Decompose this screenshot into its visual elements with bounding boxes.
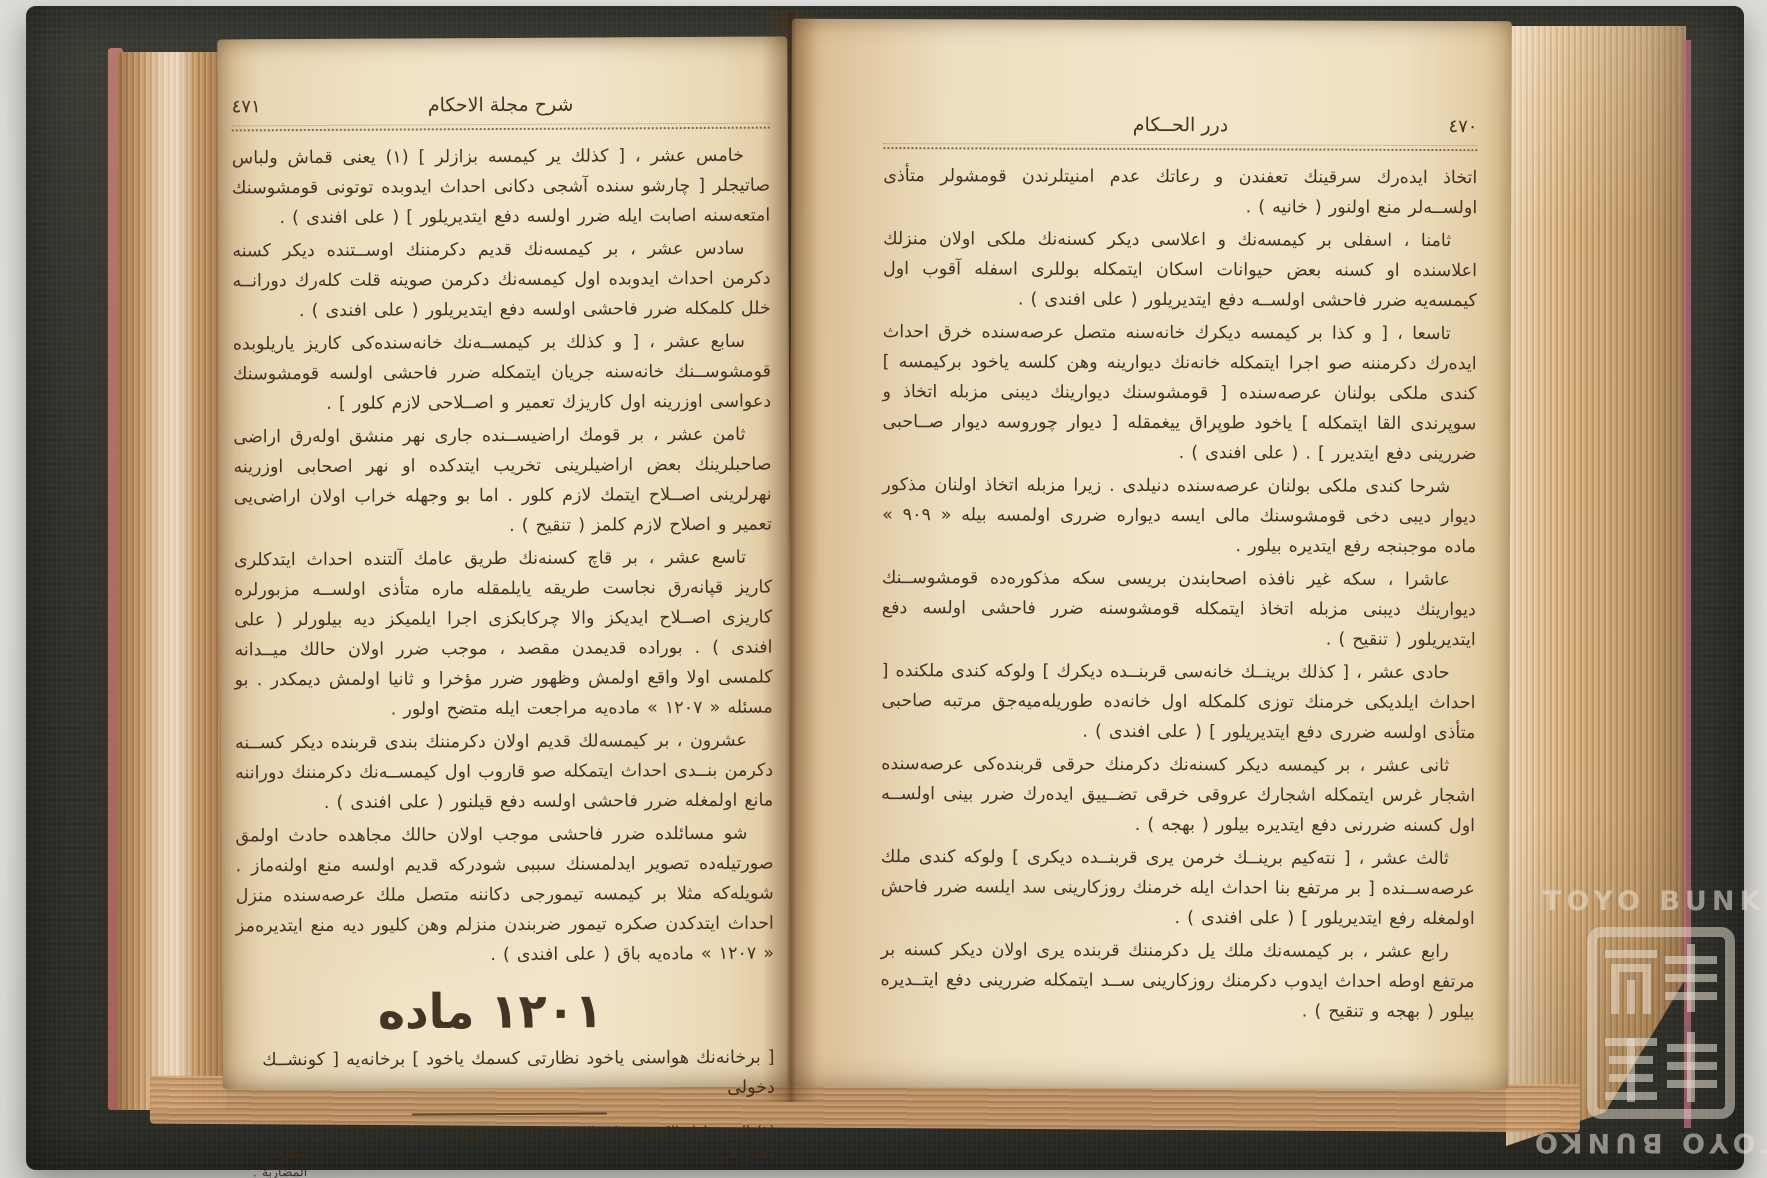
article-first-line: [ برخانه‌نك هواسنى ياخود نظارتى كسمك ياخ… bbox=[237, 1043, 775, 1106]
header-rule bbox=[232, 123, 770, 132]
page-edges-left bbox=[118, 52, 226, 1110]
left-page-header: شرح مجلة الاحكام ٤٧١ bbox=[232, 91, 770, 121]
body-paragraph: سابع عشر ، [ و كذلك بر كيمســه‌نك خانه‌س… bbox=[233, 327, 771, 420]
right-page-number: ٤٧٠ bbox=[1279, 113, 1477, 140]
body-paragraph: تاسع عشر ، بر قاچ كسنه‌نك طريق عامك آلتن… bbox=[234, 543, 773, 726]
footnote-text: (١) الزعند اهل الكوفة ثيــاب الكــتان او… bbox=[311, 1124, 775, 1162]
right-page-header: ٤٧٠ درر الحــكام bbox=[883, 111, 1477, 140]
left-page-content: شرح مجلة الاحكام ٤٧١ خامس عشر ، [ كذلك ي… bbox=[217, 37, 792, 1090]
body-paragraph: رابع عشر ، بر كيمسه‌نك ملك يل دكرمننك قر… bbox=[880, 935, 1474, 1027]
header-rule bbox=[883, 143, 1477, 151]
footnote: (١) الزعند اهل الكوفة ثيــاب الكــتان او… bbox=[237, 1121, 775, 1170]
footnote-margin-note: متفرقة المضاربة . bbox=[237, 1143, 307, 1178]
endpaper-edge-right bbox=[1684, 40, 1691, 1128]
body-paragraph: خامس عشر ، [ كذلك ير كيمسه بزازلر ] (١) … bbox=[232, 141, 770, 234]
left-page-number: ٤٧١ bbox=[232, 93, 411, 120]
body-paragraph: ثامن عشر ، بر قومك اراضيســنده جارى نهر … bbox=[233, 420, 772, 543]
body-paragraph: سادس عشر ، بر كيمسه‌نك قديم دكرمننك اوسـ… bbox=[232, 234, 770, 327]
body-paragraph: حادى عشر ، [ كذلك برينــك خانه‌سى قربنــ… bbox=[881, 656, 1475, 748]
body-paragraph: ثامنا ، اسفلى بر كيمسه‌نك و اعلاسى ديكر … bbox=[883, 224, 1477, 316]
left-page: شرح مجلة الاحكام ٤٧١ خامس عشر ، [ كذلك ي… bbox=[217, 37, 792, 1090]
header-spacer bbox=[883, 130, 1081, 131]
body-paragraph: عشرون ، بر كيمسه‌لك قديم اولان دكرمننك ب… bbox=[235, 726, 773, 819]
body-paragraph: تاسعا ، [ و كذا بر كيمسه ديكرك خانه‌سنه … bbox=[882, 317, 1477, 469]
body-paragraph: ثانى عشر ، بر كيمسه ديكر كسنه‌نك دكرمنك … bbox=[881, 749, 1475, 841]
body-paragraph: ثالث عشر ، [ نته‌كيم برينــك خرمن يرى قر… bbox=[881, 842, 1475, 934]
page-edges-right bbox=[1506, 26, 1686, 1146]
header-spacer bbox=[590, 110, 769, 111]
article-1201-heading: ١٢٠١ ماده bbox=[236, 982, 744, 1041]
body-paragraph: شرحا كندى ملكى بولنان عرصه‌سنده دنيلدى .… bbox=[882, 470, 1476, 562]
body-paragraph: عاشرا ، سكه غير نافذه اصحابندن بريسى سكه… bbox=[882, 563, 1476, 655]
right-running-title: درر الحــكام bbox=[1081, 112, 1279, 139]
right-page: ٤٧٠ درر الحــكام اتخاذ ايده‌رك سرقينك تع… bbox=[788, 19, 1512, 1090]
body-paragraph: اتخاذ ايده‌رك سرقينك تعفندن و رعاتك عدم … bbox=[883, 161, 1477, 223]
photo-of-open-book: شرح مجلة الاحكام ٤٧١ خامس عشر ، [ كذلك ي… bbox=[0, 0, 1767, 1178]
right-page-content: ٤٧٠ درر الحــكام اتخاذ ايده‌رك سرقينك تع… bbox=[788, 19, 1512, 1090]
left-running-title: شرح مجلة الاحكام bbox=[411, 92, 590, 119]
body-paragraph: شو مسائلده ضرر فاحشى موجب اولان حالك مجا… bbox=[235, 819, 774, 972]
